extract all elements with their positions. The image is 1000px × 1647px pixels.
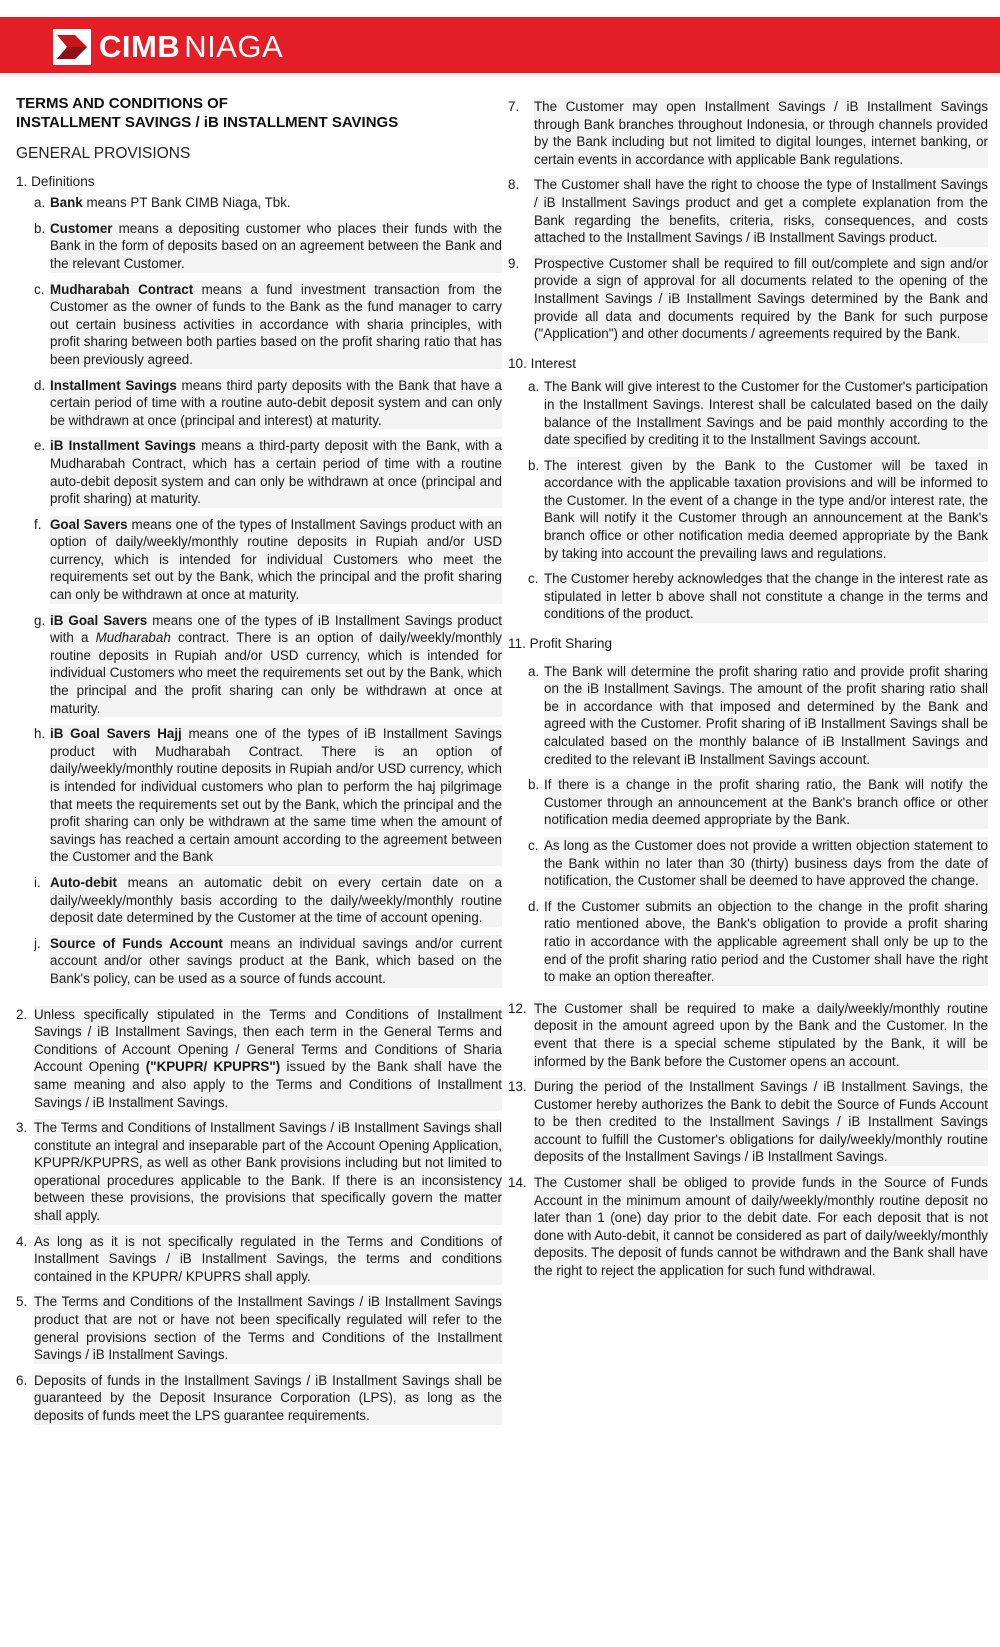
item-marker: b.	[34, 220, 50, 273]
item-marker: i.	[34, 874, 50, 927]
provision-item: 6. Deposits of funds in the Installment …	[16, 1372, 502, 1425]
definition-item: j. Source of Funds Account means an indi…	[16, 935, 502, 988]
profit-sharing-heading: 11. Profit Sharing	[508, 635, 988, 653]
definition-item: h. iB Goal Savers Hajj means one of the …	[16, 725, 502, 866]
item-body: Deposits of funds in the Installment Sav…	[34, 1372, 502, 1425]
provision-item: 12. The Customer shall be required to ma…	[508, 1000, 988, 1070]
item-marker: a.	[34, 194, 50, 212]
item-marker: 8.	[508, 176, 534, 246]
definition-item: a. Bank means PT Bank CIMB Niaga, Tbk.	[16, 194, 502, 212]
item-body: The Bank will give interest to the Custo…	[544, 378, 988, 448]
bold-term: ("KPUPR/ KPUPRS")	[146, 1059, 280, 1074]
interest-heading: 10. Interest	[508, 355, 988, 373]
item-body: If the Customer submits an objection to …	[544, 898, 988, 986]
definition-item: b. Customer means a depositing customer …	[16, 220, 502, 273]
item-body: The Customer shall have the right to cho…	[534, 176, 988, 246]
item-marker: d.	[528, 898, 544, 986]
item-marker: 2.	[16, 1006, 34, 1112]
definition-text: means PT Bank CIMB Niaga, Tbk.	[83, 195, 291, 210]
provision-item: 5. The Terms and Conditions of the Insta…	[16, 1293, 502, 1363]
cimb-niaga-logo: CIMB NIAGA	[53, 29, 283, 65]
item-body: The Customer shall be required to make a…	[534, 1000, 988, 1070]
defined-term: Customer	[50, 221, 113, 236]
definition-item: i. Auto-debit means an automatic debit o…	[16, 874, 502, 927]
item-marker: d.	[34, 377, 50, 430]
item-body: If there is a change in the profit shari…	[544, 776, 988, 829]
item-marker: 7.	[508, 98, 534, 168]
chevron-logo-icon	[53, 29, 91, 65]
provision-item: 7. The Customer may open Installment Sav…	[508, 98, 988, 168]
brand-name-bold: CIMB	[99, 29, 180, 65]
provision-item: 9. Prospective Customer shall be require…	[508, 255, 988, 343]
definition-text: means a depositing customer who places t…	[50, 221, 502, 271]
title-line-1: TERMS AND CONDITIONS OF	[16, 94, 502, 113]
definition-item: c. Mudharabah Contract means a fund inve…	[16, 281, 502, 369]
provision-item: 3. The Terms and Conditions of Installme…	[16, 1119, 502, 1225]
document-title: TERMS AND CONDITIONS OF INSTALLMENT SAVI…	[16, 94, 502, 132]
item-body: As long as it is not specifically regula…	[34, 1233, 502, 1286]
item-body: iB Goal Savers means one of the types of…	[50, 612, 502, 718]
profit-sharing-item: a. The Bank will determine the profit sh…	[508, 663, 988, 769]
header-divider	[0, 73, 1000, 77]
item-marker: b.	[528, 776, 544, 829]
definitions-heading: 1. Definitions	[16, 173, 502, 191]
profit-sharing-item: c. As long as the Customer does not prov…	[508, 837, 988, 890]
item-body: As long as the Customer does not provide…	[544, 837, 988, 890]
definition-text: means one of the types of iB Installment…	[50, 726, 502, 864]
item-marker: a.	[528, 378, 544, 448]
defined-term: Goal Savers	[50, 517, 128, 532]
item-marker: 6.	[16, 1372, 34, 1425]
item-marker: 13.	[508, 1078, 534, 1166]
item-marker: g.	[34, 612, 50, 718]
definition-item: g. iB Goal Savers means one of the types…	[16, 612, 502, 718]
item-marker: 14.	[508, 1174, 534, 1280]
right-column: 7. The Customer may open Installment Sav…	[508, 98, 988, 1288]
item-marker: 4.	[16, 1233, 34, 1286]
profit-sharing-item: d. If the Customer submits an objection …	[508, 898, 988, 986]
item-body: The interest given by the Bank to the Cu…	[544, 457, 988, 563]
defined-term: Mudharabah Contract	[50, 282, 193, 297]
item-marker: c.	[528, 570, 544, 623]
item-body: Auto-debit means an automatic debit on e…	[50, 874, 502, 927]
item-marker: 3.	[16, 1119, 34, 1225]
definition-item: e. iB Installment Savings means a third-…	[16, 437, 502, 507]
provision-item: 8. The Customer shall have the right to …	[508, 176, 988, 246]
item-body: Mudharabah Contract means a fund investm…	[50, 281, 502, 369]
item-body: Goal Savers means one of the types of In…	[50, 516, 502, 604]
provision-item: 2. Unless specifically stipulated in the…	[16, 1006, 502, 1112]
brand-name-light: NIAGA	[184, 29, 283, 65]
item-body: Customer means a depositing customer who…	[50, 220, 502, 273]
item-marker: c.	[528, 837, 544, 890]
item-marker: e.	[34, 437, 50, 507]
item-marker: c.	[34, 281, 50, 369]
item-body: The Customer may open Installment Saving…	[534, 98, 988, 168]
item-marker: 12.	[508, 1000, 534, 1070]
defined-term: iB Goal Savers Hajj	[50, 726, 182, 741]
item-body: During the period of the Installment Sav…	[534, 1078, 988, 1166]
item-body: The Terms and Conditions of the Installm…	[34, 1293, 502, 1363]
item-body: Unless specifically stipulated in the Te…	[34, 1006, 502, 1112]
item-marker: 5.	[16, 1293, 34, 1363]
section-heading: GENERAL PROVISIONS	[16, 145, 502, 163]
interest-item: b. The interest given by the Bank to the…	[508, 457, 988, 563]
provision-item: 4. As long as it is not specifically reg…	[16, 1233, 502, 1286]
defined-term: Auto-debit	[50, 875, 117, 890]
definition-item: d. Installment Savings means third party…	[16, 377, 502, 430]
interest-item: c. The Customer hereby acknowledges that…	[508, 570, 988, 623]
title-line-2: INSTALLMENT SAVINGS / iB INSTALLMENT SAV…	[16, 113, 502, 132]
item-body: Bank means PT Bank CIMB Niaga, Tbk.	[50, 194, 502, 212]
item-marker: f.	[34, 516, 50, 604]
item-marker: 9.	[508, 255, 534, 343]
provision-item: 13. During the period of the Installment…	[508, 1078, 988, 1166]
profit-sharing-item: b. If there is a change in the profit sh…	[508, 776, 988, 829]
item-body: Prospective Customer shall be required t…	[534, 255, 988, 343]
item-body: The Bank will determine the profit shari…	[544, 663, 988, 769]
item-marker: h.	[34, 725, 50, 866]
item-body: The Customer shall be obliged to provide…	[534, 1174, 988, 1280]
interest-item: a. The Bank will give interest to the Cu…	[508, 378, 988, 448]
item-body: Source of Funds Account means an individ…	[50, 935, 502, 988]
item-body: iB Installment Savings means a third-par…	[50, 437, 502, 507]
defined-term: iB Installment Savings	[50, 438, 196, 453]
defined-term: Source of Funds Account	[50, 936, 223, 951]
item-body: Installment Savings means third party de…	[50, 377, 502, 430]
definition-item: f. Goal Savers means one of the types of…	[16, 516, 502, 604]
item-body: The Terms and Conditions of Installment …	[34, 1119, 502, 1225]
italic-term: Mudharabah	[96, 630, 171, 645]
defined-term: Bank	[50, 195, 83, 210]
item-marker: a.	[528, 663, 544, 769]
provision-item: 14. The Customer shall be obliged to pro…	[508, 1174, 988, 1280]
defined-term: Installment Savings	[50, 378, 177, 393]
defined-term: iB Goal Savers	[50, 613, 147, 628]
left-column: TERMS AND CONDITIONS OF INSTALLMENT SAVI…	[16, 94, 502, 1433]
item-body: The Customer hereby acknowledges that th…	[544, 570, 988, 623]
item-body: iB Goal Savers Hajj means one of the typ…	[50, 725, 502, 866]
item-marker: b.	[528, 457, 544, 563]
definition-text: means an automatic debit on every certai…	[50, 875, 502, 925]
item-marker: j.	[34, 935, 50, 988]
